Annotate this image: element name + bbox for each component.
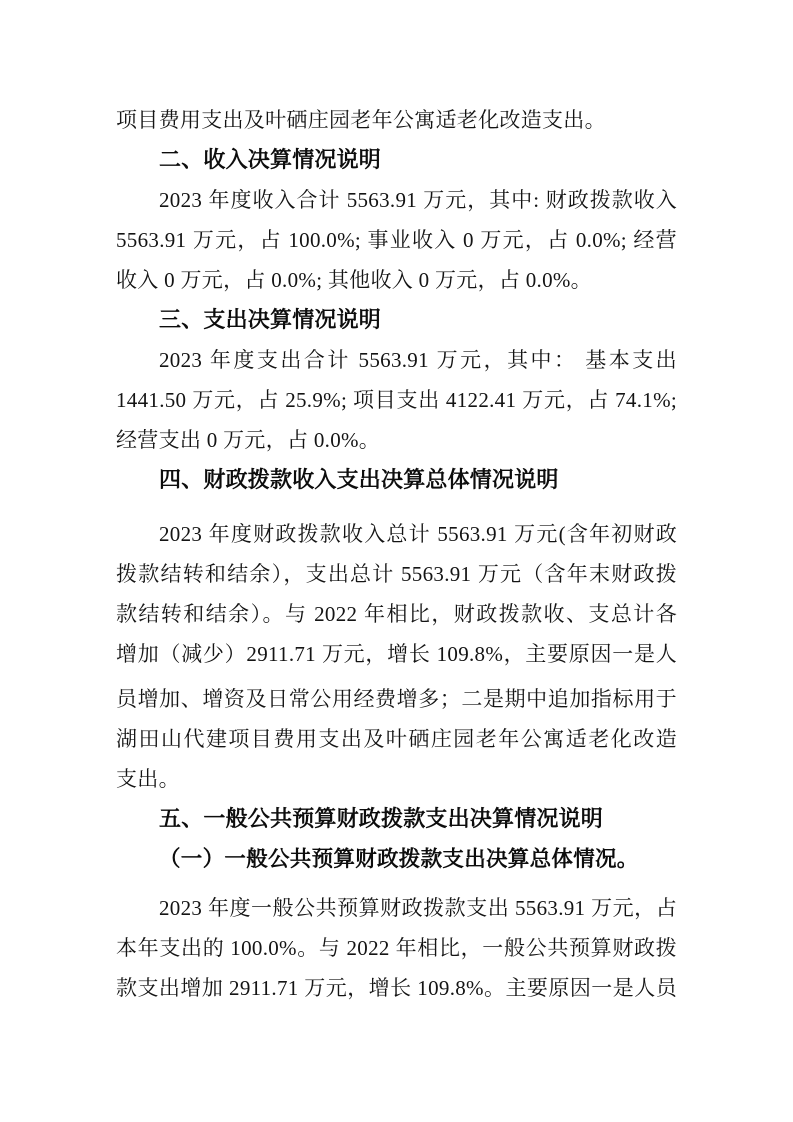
heading-section-4: 四、财政拨款收入支出决算总体情况说明: [116, 460, 677, 500]
para-fiscal-appropriation-line-7: 支出。: [116, 759, 677, 799]
para-general-budget-line-3: 款支出增加 2911.71 万元，增长 109.8%。主要原因一是人员: [116, 968, 677, 1008]
para-fiscal-appropriation-line-5: 员增加、增资及日常公用经费增多；二是期中追加指标用于: [116, 679, 677, 719]
document-page: 项目费用支出及叶硒庄园老年公寓适老化改造支出。二、收入决算情况说明2023 年度…: [0, 0, 793, 1122]
para-fiscal-appropriation-line-4: 增加（减少）2911.71 万元，增长 109.8%，主要原因一是人: [116, 634, 677, 674]
para-continuation-line: 项目费用支出及叶硒庄园老年公寓适老化改造支出。: [116, 100, 677, 140]
para-expenditure-line-2: 1441.50 万元，占 25.9%; 项目支出 4122.41 万元，占 74…: [116, 380, 677, 420]
para-expenditure-line-1: 2023 年度支出合计 5563.91 万元，其中： 基本支出: [116, 340, 677, 380]
para-income-line-2: 5563.91 万元，占 100.0%; 事业收入 0 万元，占 0.0%; 经…: [116, 220, 677, 260]
heading-section-2: 二、收入决算情况说明: [116, 140, 677, 180]
para-general-budget-line-1: 2023 年度一般公共预算财政拨款支出 5563.91 万元，占: [116, 888, 677, 928]
heading-section-5: 五、一般公共预算财政拨款支出决算情况说明: [116, 799, 677, 839]
para-fiscal-appropriation-line-6: 湖田山代建项目费用支出及叶硒庄园老年公寓适老化改造: [116, 719, 677, 759]
subheading-section-5-1: （一）一般公共预算财政拨款支出决算总体情况。: [116, 839, 677, 879]
para-income-line-1: 2023 年度收入合计 5563.91 万元，其中: 财政拨款收入: [116, 180, 677, 220]
para-general-budget-line-2: 本年支出的 100.0%。与 2022 年相比，一般公共预算财政拨: [116, 928, 677, 968]
para-income-line-3: 收入 0 万元，占 0.0%; 其他收入 0 万元，占 0.0%。: [116, 260, 677, 300]
para-fiscal-appropriation-line-1: 2023 年度财政拨款收入总计 5563.91 万元(含年初财政: [116, 514, 677, 554]
para-fiscal-appropriation-line-2: 拨款结转和结余），支出总计 5563.91 万元（含年末财政拨: [116, 554, 677, 594]
para-expenditure-line-3: 经营支出 0 万元，占 0.0%。: [116, 420, 677, 460]
para-fiscal-appropriation-line-3: 款结转和结余）。与 2022 年相比，财政拨款收、支总计各: [116, 594, 677, 634]
document-text-block: 项目费用支出及叶硒庄园老年公寓适老化改造支出。二、收入决算情况说明2023 年度…: [116, 100, 677, 1008]
heading-section-3: 三、支出决算情况说明: [116, 300, 677, 340]
